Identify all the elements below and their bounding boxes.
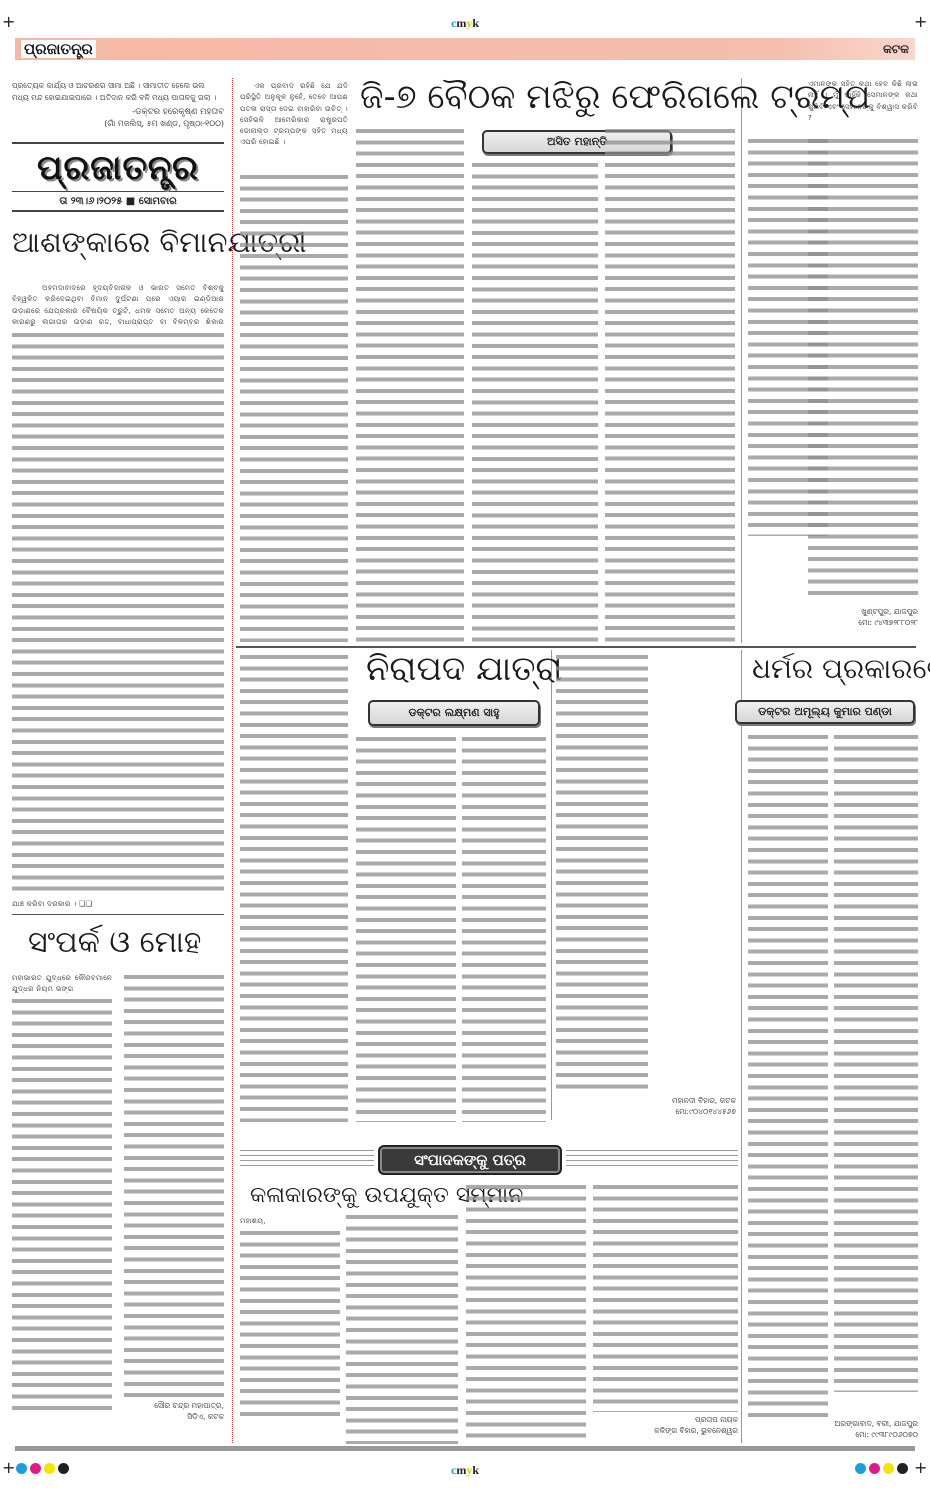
story-relation-body-col1 (12, 996, 112, 1416)
religion-col2 (834, 732, 918, 1392)
author-name: ସୌର ଚନ୍ଦ୍ର ମହାପାତ୍ର, (110, 1400, 224, 1411)
cyan-dot (855, 1463, 866, 1474)
registration-mark-bottom-right: + (914, 1460, 927, 1476)
letter-col1 (240, 1228, 340, 1418)
registration-mark-top-right: + (914, 14, 927, 30)
color-bar-right (855, 1463, 908, 1474)
magenta-dot (30, 1463, 41, 1474)
editorial-body (12, 330, 224, 898)
letter-col4 (593, 1182, 738, 1412)
magenta-dot (869, 1463, 880, 1474)
column-divider (741, 650, 742, 1443)
story-religion-byline: ଡକ୍ଟର ଅମୂଲ୍ୟ କୁମାର ପଣ୍ଡା (735, 700, 915, 724)
quote-author: -ଡକ୍ଟର ହରେକୃଷ୍ଣ ମହତାବ (12, 106, 224, 118)
author-name: ପ୍ରତାପ ନାୟକ (593, 1414, 738, 1425)
registration-mark-bottom-left: + (2, 1460, 15, 1476)
safe-travel-col4 (556, 652, 648, 1092)
author-place: ଅରଙ୍ଗାବାଦ, ବରୀ, ଯାଜପୁର (810, 1418, 918, 1429)
author-place: ମହାନଦୀ ବିହାର, କଟକ (556, 1095, 736, 1106)
cmyk-label-top: cmyk (451, 16, 479, 31)
editorial-lead-paragraph: ଅହମଦାବାଦରେ ହୃଦୟବିଦାରକ ଓ ଭାରତ ସମେତ ବିଶ୍ବକ… (12, 282, 224, 328)
column-divider (551, 650, 552, 1120)
black-dot (58, 1463, 69, 1474)
dateline: ତା ୨୩।୬।୨୦୨୫ ■ ସୋମବାର (12, 196, 224, 212)
letter-col2 (346, 1212, 458, 1444)
banner-decor-left (240, 1150, 374, 1170)
registration-mark-top-left: + (2, 14, 15, 30)
section-divider (236, 646, 916, 648)
lead-story-right-intro: ଏମାନଙ୍କ ସହିତ କଥା ହେବ କିଛି ଲାଭ ନାହିଁ । ମୁ… (808, 78, 918, 136)
letter-salutation: ମହାଶୟ, (240, 1215, 340, 1227)
safe-travel-col1 (240, 652, 348, 1122)
story-headline-religion: ଧର୍ମର ପ୍ରକାରଭେଦ (752, 655, 930, 683)
author-phone: ମୋ: ୯୪୩୭୨୮୮୦୨୮ (808, 617, 918, 628)
lead-story-headline: ଜି-୭ ବୈଠକ ମଝିରୁ ଫେରିଗଲେ ଟ୍ରମ୍ପ (360, 80, 871, 114)
letter-col3 (466, 1182, 586, 1444)
footer-rule (15, 1446, 915, 1451)
safe-travel-signature: ମହାନଦୀ ବିହାର, କଟକ ମୋ:୯୦୪୦୧୪୪୫୬୭ (556, 1095, 736, 1117)
cmyk-label-bottom: cmyk (451, 1463, 479, 1478)
story-headline-safe-travel: ନିରାପଦ ଯାତ୍ରା (366, 652, 563, 686)
masthead: ପ୍ରଜାତନ୍ତ୍ର (12, 142, 224, 192)
lead-story-col4 (605, 126, 735, 642)
religion-signature: ଅରଙ୍ଗାବାଦ, ବରୀ, ଯାଜପୁର ମୋ: ୯୯୩୮୯୦୬୦୭୦ (810, 1418, 918, 1440)
lead-story-signature: ଖୁଣ୍ଟପୁର, ଯାଜପୁର ମୋ: ୯୪୩୭୨୮୮୦୨୮ (808, 606, 918, 628)
yellow-dot (883, 1463, 894, 1474)
lead-story-col3 (472, 160, 598, 642)
author-place: କଳିଙ୍ଗ ବିହାର, ଭୁବନେଶ୍ୱର (593, 1425, 738, 1436)
quote-text: ପ୍ରତ୍ୟେକ କାର୍ଯ୍ୟ ଓ ଆଚରଣର ସୀମା ଅଛି । ସୀମା… (12, 80, 224, 104)
story-relation-lead: ମହାଭାରତ ଯୁଦ୍ଧରେ କୌରବମାନେ ଯୁଦ୍ଧର ନିୟମ ଭଙ୍… (12, 972, 112, 996)
column-divider (232, 78, 233, 1443)
lead-story-col1 (240, 172, 348, 642)
author-phone: ମୋ:୯୦୪୦୧୪୪୫୬୭ (556, 1106, 736, 1117)
quote-source: (ଗାଁ ମଜଲିସ୍, ୫ମ ଖଣ୍ଡ, ପୃଷ୍ଠା-୧୦୦) (12, 118, 224, 130)
safe-travel-col3 (462, 734, 546, 1122)
story-divider (12, 914, 224, 915)
black-dot (897, 1463, 908, 1474)
editorial-end: ଯାଞ୍ଚ କରିବା ଦରକାର । ❑❑ (12, 898, 224, 910)
edition-city: କଟକ (883, 42, 909, 57)
letters-to-editor-banner: ସଂପାଦକଙ୍କୁ ପତ୍ର (378, 1145, 562, 1175)
author-place: ଖୁଣ୍ଟପୁର, ଯାଜପୁର (808, 606, 918, 617)
yellow-dot (44, 1463, 55, 1474)
page-header-band: ପ୍ରଜାତନ୍ତ୍ର କଟକ (15, 38, 915, 60)
letter-signature: ପ୍ରତାପ ନାୟକ କଳିଙ୍ଗ ବିହାର, ଭୁବନେଶ୍ୱର (593, 1414, 738, 1436)
lead-story-col6 (808, 136, 918, 598)
newspaper-logo-small: ପ୍ରଜାତନ୍ତ୍ର (21, 40, 96, 58)
author-place: ସିଡିଏ, କଟକ (110, 1411, 224, 1422)
lead-story-intro: ଏକ ପ୍ରବାଦ ରହିଛି ଯେ ଯଦି ପରିସ୍ଥିତି ଅନୁକୂଳ … (240, 80, 348, 172)
banner-decor-right (566, 1150, 738, 1170)
author-phone: ମୋ: ୯୯୩୮୯୦୬୦୭୦ (810, 1429, 918, 1440)
cyan-dot (16, 1463, 27, 1474)
story-safe-travel-byline: ଡକ୍ଟର ଲକ୍ଷ୍ମଣ ସାହୁ (368, 700, 540, 726)
masthead-logo: ପ୍ରଜାତନ୍ତ୍ର (37, 148, 199, 188)
story-relation-signature: ସୌର ଚନ୍ଦ୍ର ମହାପାତ୍ର, ସିଡିଏ, କଟକ (110, 1400, 224, 1422)
quote-of-the-day: ପ୍ରତ୍ୟେକ କାର୍ଯ୍ୟ ଓ ଆଚରଣର ସୀମା ଅଛି । ସୀମା… (12, 80, 224, 130)
lead-story-col2 (356, 126, 464, 642)
safe-travel-col2 (356, 734, 456, 1122)
story-headline-relation: ସଂପର୍କ ଓ ମୋହ (28, 928, 201, 958)
column-divider (741, 78, 742, 643)
religion-col1 (748, 732, 828, 1422)
story-relation-body-col2 (124, 972, 224, 1398)
color-bar-left (16, 1463, 69, 1474)
